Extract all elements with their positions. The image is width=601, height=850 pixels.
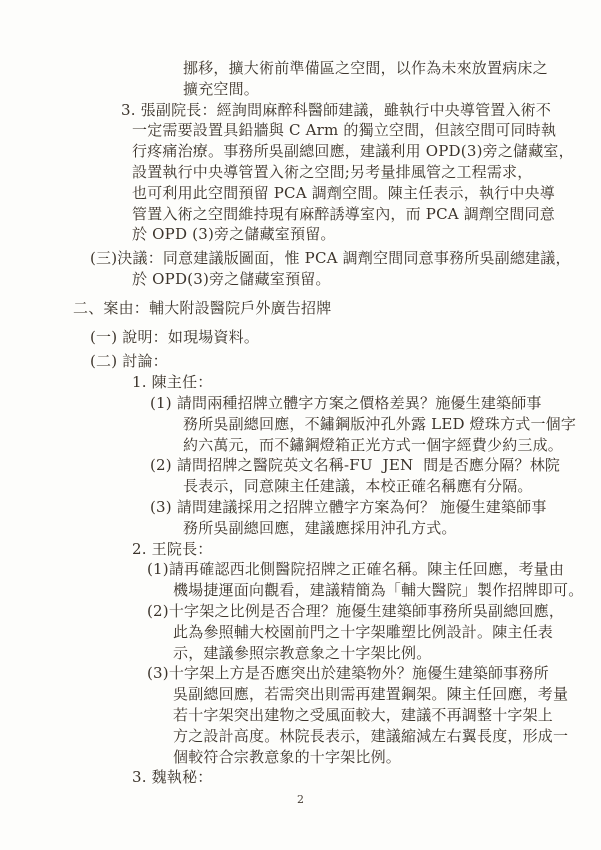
doc-line: 約六萬元，而不鏽鋼燈箱正光方式一個字經費少約三成。 [183,435,601,456]
doc-line: 擴充空間。 [183,79,601,100]
discussion-line: (二) 討論： [90,351,601,372]
doc-line: 一定需要設置具鉛牆與 C Arm 的獨立空間，但該空間可同時執 [132,120,601,141]
doc-line: 若十字架突出建物之受風面較大，建議不再調整十字架上 [173,705,601,726]
list-item-2-wang: 2. 王院長： [132,539,601,560]
doc-line: 務所吳副總回應，建議應採用沖孔方式。 [183,518,601,539]
sub-item-line: (3) 請問建議採用之招牌立體字方案為何？ 施優生建築師事 [150,497,601,518]
list-item-3-chang: 3. 張副院長：經詢問麻醉科醫師建議，雖執行中央導管置入術不 [121,100,601,121]
doc-line: 設置執行中央導管置入術之空間;另考量排風管之工程需求， [132,162,601,183]
page-number: 2 [0,792,601,808]
doc-line: 長表示，同意陳主任建議，本校正確名稱應有分隔。 [183,476,601,497]
list-item-3-wei: 3. 魏執秘： [132,767,601,788]
resolution-line: (三)決議：同意建議版圖面，惟 PCA 調劑空間同意事務所吳副總建議， [90,248,601,269]
sub-item-line: (2)十字架之比例是否合理？施優生建築師事務所吳副總回應， [147,601,601,622]
document-page: 挪移，擴大術前準備區之空間，以作為未來放置病床之 擴充空間。 3. 張副院長：經… [0,0,601,850]
doc-line: 示，建議參照宗教意象之十字架比例。 [173,643,601,664]
doc-line: 個較符合宗教意象的十字架比例。 [173,747,601,768]
doc-line: 挪移，擴大術前準備區之空間，以作為未來放置病床之 [183,58,601,79]
doc-line: 於 OPD (3)旁之儲藏室預留。 [132,224,601,245]
sub-item-line: (1)請再確認西北側醫院招牌之正確名稱。陳主任回應，考量由 [147,559,601,580]
doc-line: 方之設計高度。林院長表示，建議縮減左右翼長度，形成一 [173,726,601,747]
doc-line: 吳副總回應，若需突出則需再建置鋼架。陳主任回應，考量 [173,684,601,705]
doc-line: 管置入術之空間維持現有麻醉誘導室內，而 PCA 調劑空間同意 [132,204,601,225]
sub-item-line: (1) 請問兩種招牌立體字方案之價格差異？施優生建築師事 [150,393,601,414]
doc-line: 此為參照輔大校園前門之十字架雕塑比例設計。陳主任表 [173,622,601,643]
case-title-line: 二、案由：輔大附設醫院戶外廣告招牌 [73,298,601,319]
explanation-line: (一) 說明：如現場資料。 [90,327,601,348]
document-body: 挪移，擴大術前準備區之空間，以作為未來放置病床之 擴充空間。 3. 張副院長：經… [0,0,601,808]
doc-line: 機場捷運面向觀看，建議精簡為「輔大醫院」製作招牌即可。 [173,580,601,601]
sub-item-line: (3)十字架上方是否應突出於建築物外？施優生建築師事務所 [147,663,601,684]
doc-line: 於 OPD(3)旁之儲藏室預留。 [132,269,601,290]
list-item-1-chen: 1. 陳主任： [132,372,601,393]
doc-line: 行疼痛治療。事務所吳副總回應，建議利用 OPD(3)旁之儲藏室， [132,141,601,162]
doc-line: 也可利用此空間預留 PCA 調劑空間。陳主任表示，執行中央導 [132,183,601,204]
sub-item-line: (2) 請問招牌之醫院英文名稱-FU JEN 間是否應分隔？林院 [150,455,601,476]
doc-line: 務所吳副總回應，不鏽鋼版沖孔外露 LED 燈珠方式一個字 [183,414,601,435]
